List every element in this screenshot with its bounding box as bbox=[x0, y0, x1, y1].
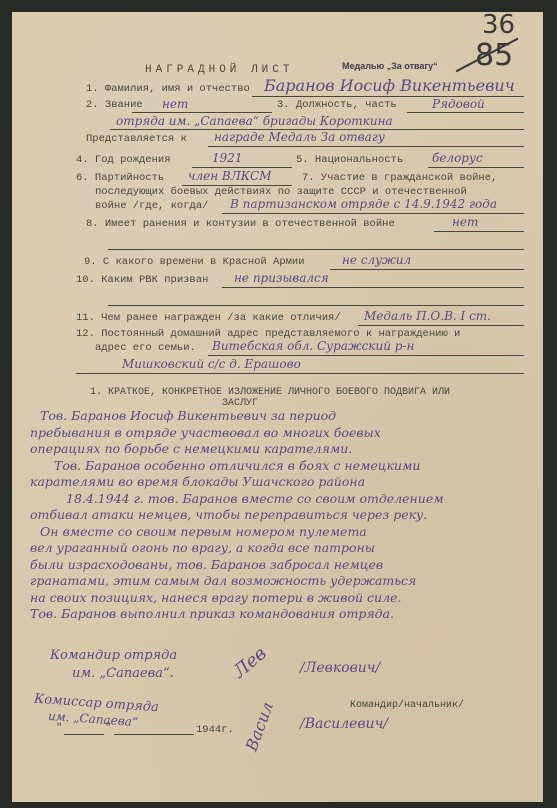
field-5-value: белорус bbox=[432, 151, 483, 165]
position-label: Командир/начальник/ bbox=[350, 700, 464, 711]
date-year: 1944г. bbox=[196, 724, 234, 736]
commander-title-1: Командир отряда bbox=[50, 648, 177, 663]
commander-title-2: им. „Сапаева“. bbox=[72, 666, 174, 681]
field-3-value-2: отряда им. „Сапаева“ бригады Короткина bbox=[116, 114, 393, 128]
field-12-label-2: адрес его семьи. bbox=[95, 342, 196, 354]
award-stamp: Медалью „За отвагу“ bbox=[342, 61, 438, 71]
date-month-line bbox=[114, 734, 194, 735]
field-12-value-1: Витебская обл. Суражский р-н bbox=[212, 339, 414, 353]
field-1-label: 1. Фамилия, имя и отчество bbox=[86, 83, 250, 95]
story-line: Тов. Баранов выполнил приказ командовани… bbox=[30, 606, 545, 623]
document-title: НАГРАДНОЙ ЛИСТ bbox=[145, 64, 293, 76]
presented-line bbox=[208, 146, 524, 147]
story-line: гранатами, этим самым дал возможность уд… bbox=[30, 573, 545, 590]
field-4-line bbox=[192, 167, 292, 168]
story-line: на своих позициях, нанеся врагу потери в… bbox=[30, 590, 545, 607]
story-line: операциях по борьбе с немецкими карателя… bbox=[30, 441, 545, 458]
field-7-label-3: войне /где, когда/ bbox=[95, 200, 208, 212]
date-day-line bbox=[64, 734, 104, 735]
field-5-label: 5. Национальность bbox=[296, 154, 403, 166]
field-9-value: не служил bbox=[342, 253, 411, 267]
field-7-line bbox=[222, 213, 524, 214]
field-3-value-1: Рядовой bbox=[432, 97, 485, 111]
field-11-value: Медаль П.О.В. I ст. bbox=[364, 309, 491, 323]
field-6-label: 6. Партийность bbox=[76, 172, 164, 184]
story-line: были израсходованы, тов. Баранов заброса… bbox=[30, 557, 545, 574]
field-8-line-2 bbox=[108, 249, 524, 250]
pencil-mark-top: 36 bbox=[482, 10, 515, 40]
field-10-value: не призывался bbox=[234, 271, 329, 285]
date-quote-close: " bbox=[105, 722, 111, 734]
commissar-signature: Васил bbox=[242, 699, 277, 753]
field-9-line bbox=[330, 269, 524, 270]
field-8-line bbox=[434, 231, 524, 232]
presented-value: награде Медаль За отвагу bbox=[214, 130, 385, 144]
commander-name: /Левкович/ bbox=[300, 660, 380, 676]
field-4-value: 1921 bbox=[212, 151, 243, 165]
field-10-label: 10. Каким РВК призван bbox=[76, 274, 208, 286]
field-10-line-2 bbox=[108, 305, 524, 306]
field-11-label: 11. Чем ранее награжден /за какие отличи… bbox=[76, 312, 341, 324]
presented-label: Представляется к bbox=[86, 133, 187, 145]
story-line: Тов. Баранов Иосиф Викентьевич за период bbox=[30, 408, 545, 425]
field-2-value: нет bbox=[162, 97, 188, 111]
story-line: Он вместе со своим первым номером пулеме… bbox=[30, 524, 545, 541]
field-3-line bbox=[407, 112, 524, 113]
field-1-value: Баранов Иосиф Викентьевич bbox=[264, 76, 515, 95]
commissar-name: /Василевич/ bbox=[300, 716, 388, 732]
field-7-label-1: 7. Участие в гражданской войне, bbox=[302, 172, 497, 184]
field-7-value: В партизанском отряде с 14.9.1942 года bbox=[230, 197, 497, 211]
field-9-label: 9. С какого времени в Красной Армии bbox=[84, 256, 305, 268]
section-heading-1: 1. КРАТКОЕ, КОНКРЕТНОЕ ИЗЛОЖЕНИЕ ЛИЧНОГО… bbox=[90, 387, 450, 398]
commander-signature: Лев bbox=[229, 643, 270, 682]
story-line: 18.4.1944 г. тов. Баранов вместе со свои… bbox=[30, 491, 545, 508]
achievement-narrative: Тов. Баранов Иосиф Викентьевич за период… bbox=[30, 408, 545, 623]
story-line: Тов. Баранов особенно отличился в боях с… bbox=[30, 458, 545, 475]
field-5-line bbox=[428, 167, 524, 168]
field-3-label: 3. Должность, часть bbox=[277, 99, 397, 111]
field-2-label: 2. Звание bbox=[86, 99, 143, 111]
field-12-line-2 bbox=[76, 373, 524, 374]
field-4-label: 4. Год рождения bbox=[76, 154, 171, 166]
field-11-line bbox=[358, 325, 524, 326]
field-12-line bbox=[208, 355, 524, 356]
field-2-line bbox=[132, 112, 272, 113]
story-line: пребывания в отряде участвовал во многих… bbox=[30, 425, 545, 442]
story-line: карателями во время блокады Ушачского ра… bbox=[30, 474, 545, 491]
story-line: вел ураганный огонь по врагу, а когда вс… bbox=[30, 540, 545, 557]
field-8-label: 8. Имеет ранения и контузии в отечествен… bbox=[86, 218, 395, 230]
field-10-line bbox=[222, 287, 524, 288]
story-line: отбивал атаки немцев, чтобы переправитьс… bbox=[30, 507, 545, 524]
field-6-value: член ВЛКСМ bbox=[188, 169, 272, 183]
date-quote-open: " bbox=[56, 722, 62, 734]
field-8-value: нет bbox=[452, 215, 478, 229]
award-sheet-paper: 36 85 НАГРАДНОЙ ЛИСТ Медалью „За отвагу“… bbox=[12, 12, 543, 802]
field-12-value-2: Мишковский с/с д. Ерашово bbox=[122, 357, 301, 371]
